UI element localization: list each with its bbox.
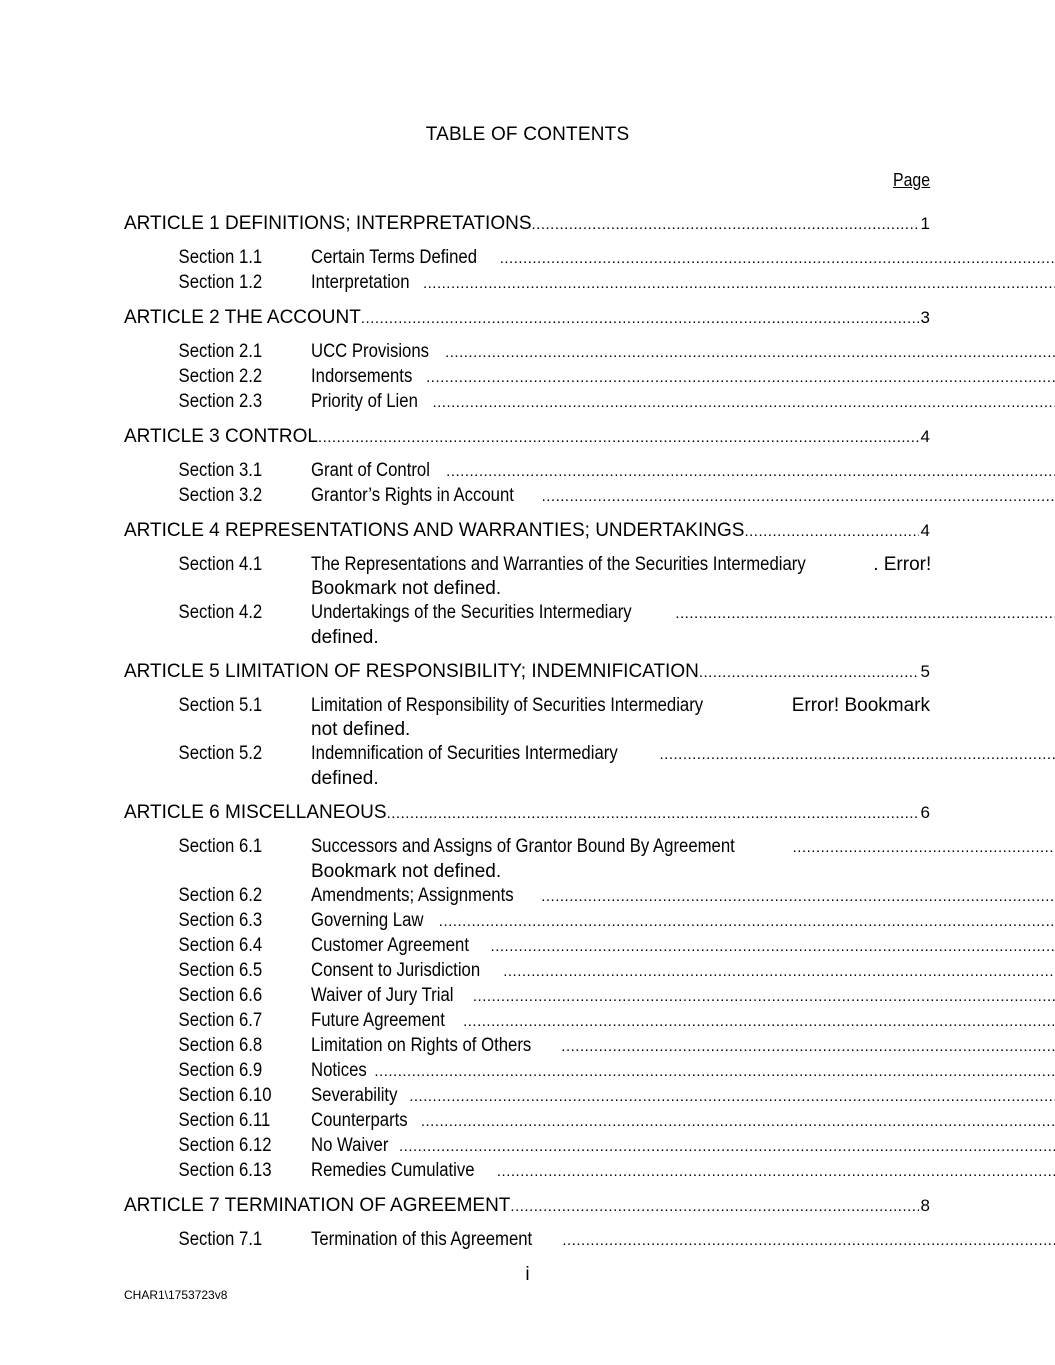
section-body: Grant of ControlError! Bookmark not defi… (311, 459, 1055, 484)
toc-article-entry[interactable]: ARTICLE 7 TERMINATION OF AGREEMENT8 (124, 1194, 930, 1218)
section-line: Successors and Assigns of Grantor Bound … (311, 835, 1055, 860)
section-body: Undertakings of the Securities Intermedi… (311, 601, 1055, 650)
section-body: UCC ProvisionsError! Bookmark not define… (311, 340, 1055, 365)
toc-section-entry[interactable]: Section 6.3Governing LawError! Bookmark … (124, 909, 930, 934)
section-title: Remedies Cumulative (311, 1159, 475, 1183)
section-title: Customer Agreement (311, 934, 469, 958)
section-number: Section 6.13 (124, 1159, 289, 1184)
dot-leader: ........................................… (793, 836, 1055, 860)
toc-section-entry[interactable]: Section 6.2Amendments; AssignmentsError!… (124, 884, 930, 909)
toc-section-entry[interactable]: Section 6.11CounterpartsError! Bookmark … (124, 1109, 930, 1134)
article-page-number: 4 (919, 519, 930, 543)
dot-leader (503, 960, 1055, 984)
article-title: ARTICLE 2 THE ACCOUNT (124, 306, 361, 330)
section-list: Section 3.1Grant of ControlError! Bookma… (124, 459, 930, 509)
section-number: Section 6.7 (124, 1009, 289, 1034)
section-title: Governing Law (311, 909, 423, 933)
toc-section-entry[interactable]: Section 6.9NoticesError! Bookmark not de… (124, 1059, 930, 1084)
section-line: The Representations and Warranties of th… (311, 553, 931, 577)
toc-section-entry[interactable]: Section 6.4Customer AgreementError! Book… (124, 934, 930, 959)
section-title: No Waiver (311, 1134, 388, 1158)
section-number: Section 6.10 (124, 1084, 289, 1109)
section-body: The Representations and Warranties of th… (311, 553, 931, 601)
section-body: IndorsementsError! Bookmark not defined. (311, 365, 1055, 390)
section-page-ref-continued: defined. (311, 767, 1055, 791)
dot-leader (439, 910, 1055, 934)
section-title: Notices (311, 1059, 367, 1083)
dot-leader (399, 1135, 1055, 1159)
section-title: Future Agreement (311, 1009, 445, 1033)
section-body: Governing LawError! Bookmark not defined… (311, 909, 1055, 934)
toc-article-entry[interactable]: ARTICLE 5 LIMITATION OF RESPONSIBILITY; … (124, 660, 930, 684)
section-title: Waiver of Jury Trial (311, 984, 453, 1008)
section-number: Section 6.6 (124, 984, 289, 1009)
section-number: Section 2.1 (124, 340, 289, 365)
section-number: Section 1.2 (124, 271, 289, 296)
section-title: Interpretation (311, 271, 410, 295)
section-number: Section 6.11 (124, 1109, 289, 1134)
section-page-ref-continued: defined. (311, 626, 1055, 650)
section-title: Consent to Jurisdiction (311, 959, 480, 983)
section-number: Section 4.1 (124, 553, 289, 601)
section-body: Termination of this AgreementError! Book… (311, 1228, 1055, 1253)
toc-section-entry[interactable]: Section 6.1Successors and Assigns of Gra… (124, 835, 930, 884)
article-title: ARTICLE 5 LIMITATION OF RESPONSIBILITY; … (124, 660, 699, 684)
section-body: CounterpartsError! Bookmark not defined. (311, 1109, 1055, 1134)
section-number: Section 3.1 (124, 459, 289, 484)
article-page-number: 4 (919, 425, 930, 449)
section-number: Section 6.8 (124, 1034, 289, 1059)
article-page-number: 1 (919, 212, 930, 236)
dot-leader (421, 1110, 1055, 1134)
toc-section-entry[interactable]: Section 6.10SeverabilityError! Bookmark … (124, 1084, 930, 1109)
dot-leader (473, 985, 1055, 1009)
toc-section-entry[interactable]: Section 1.2InterpretationError! Bookmark… (124, 271, 930, 296)
page-number: i (0, 1264, 1055, 1286)
toc-section-entry[interactable]: Section 2.3Priority of LienError! Bookma… (124, 390, 930, 415)
article-title: ARTICLE 1 DEFINITIONS; INTERPRETATIONS (124, 212, 532, 236)
table-of-contents: ARTICLE 1 DEFINITIONS; INTERPRETATIONS1S… (124, 212, 930, 1253)
section-title: Severability (311, 1084, 397, 1108)
article-title: ARTICLE 4 REPRESENTATIONS AND WARRANTIES… (124, 519, 744, 543)
article-title: ARTICLE 3 CONTROL (124, 425, 318, 449)
dot-leader (500, 247, 1055, 271)
section-body: InterpretationError! Bookmark not define… (311, 271, 1055, 296)
section-body: Priority of LienError! Bookmark not defi… (311, 390, 1055, 415)
dot-leader (423, 272, 1055, 296)
section-body: Customer AgreementError! Bookmark not de… (311, 934, 1055, 959)
dot-leader (510, 1195, 918, 1219)
section-title: Certain Terms Defined (311, 246, 477, 270)
section-body: NoticesError! Bookmark not defined. (311, 1059, 1055, 1084)
section-title: Amendments; Assignments (311, 884, 514, 908)
section-title: Limitation on Rights of Others (311, 1034, 531, 1058)
section-number: Section 6.1 (124, 835, 289, 884)
section-body: Successors and Assigns of Grantor Bound … (311, 835, 1055, 884)
toc-section-entry[interactable]: Section 6.13Remedies CumulativeError! Bo… (124, 1159, 930, 1184)
section-list: Section 2.1UCC ProvisionsError! Bookmark… (124, 340, 930, 415)
section-page-ref-continued: Bookmark not defined. (311, 860, 1055, 884)
section-list: Section 4.1The Representations and Warra… (124, 553, 930, 650)
section-number: Section 4.2 (124, 601, 289, 650)
dot-leader (542, 485, 1055, 509)
dot-leader: ........................................… (660, 743, 1055, 767)
section-line: Undertakings of the Securities Intermedi… (311, 601, 1055, 626)
toc-article-entry[interactable]: ARTICLE 3 CONTROL4 (124, 425, 930, 449)
section-page-ref-continued: Bookmark not defined. (311, 577, 931, 601)
toc-section-entry[interactable]: Section 4.1The Representations and Warra… (124, 553, 930, 601)
section-title: Grantor’s Rights in Account (311, 484, 514, 508)
section-number: Section 5.2 (124, 742, 289, 791)
toc-section-entry[interactable]: Section 2.1UCC ProvisionsError! Bookmark… (124, 340, 930, 365)
section-line: Limitation of Responsibility of Securiti… (311, 694, 930, 718)
dot-leader (432, 391, 1055, 415)
toc-section-entry[interactable]: Section 5.1Limitation of Responsibility … (124, 694, 930, 742)
section-number: Section 5.1 (124, 694, 289, 742)
toc-title: TABLE OF CONTENTS (0, 124, 1055, 146)
section-list: Section 5.1Limitation of Responsibility … (124, 694, 930, 791)
section-number: Section 2.2 (124, 365, 289, 390)
section-number: Section 6.4 (124, 934, 289, 959)
dot-leader (541, 885, 1055, 909)
document-id: CHAR1\1753723v8 (124, 1288, 227, 1302)
section-title: Successors and Assigns of Grantor Bound … (311, 835, 735, 859)
section-title: Grant of Control (311, 459, 430, 483)
dot-leader (463, 1010, 1055, 1034)
dot-leader (497, 1160, 1055, 1184)
toc-section-entry[interactable]: Section 3.2Grantor’s Rights in AccountEr… (124, 484, 930, 509)
dot-leader (744, 520, 918, 544)
section-list: Section 1.1Certain Terms DefinedError! B… (124, 246, 930, 296)
section-number: Section 6.12 (124, 1134, 289, 1159)
section-body: Grantor’s Rights in AccountError! Bookma… (311, 484, 1055, 509)
section-body: Amendments; AssignmentsError! Bookmark n… (311, 884, 1055, 909)
section-number: Section 7.1 (124, 1228, 289, 1253)
dot-leader (318, 426, 919, 450)
section-body: Certain Terms DefinedError! Bookmark not… (311, 246, 1055, 271)
section-number: Section 1.1 (124, 246, 289, 271)
article-title: ARTICLE 6 MISCELLANEOUS (124, 801, 387, 825)
article-page-number: 8 (919, 1194, 930, 1218)
toc-section-entry[interactable]: Section 5.2Indemnification of Securities… (124, 742, 930, 791)
section-body: Limitation of Responsibility of Securiti… (311, 694, 930, 742)
dot-leader (409, 1085, 1055, 1109)
section-title: Limitation of Responsibility of Securiti… (311, 694, 703, 718)
dot-leader (361, 307, 919, 331)
dot-leader (561, 1035, 1055, 1059)
article-title: ARTICLE 7 TERMINATION OF AGREEMENT (124, 1194, 510, 1218)
toc-section-entry[interactable]: Section 1.1Certain Terms DefinedError! B… (124, 246, 930, 271)
toc-section-entry[interactable]: Section 7.1Termination of this Agreement… (124, 1228, 930, 1253)
dot-leader (426, 366, 1055, 390)
toc-article-entry[interactable]: ARTICLE 6 MISCELLANEOUS6 (124, 801, 930, 825)
toc-section-entry[interactable]: Section 6.12No WaiverError! Bookmark not… (124, 1134, 930, 1159)
toc-article-entry[interactable]: ARTICLE 4 REPRESENTATIONS AND WARRANTIES… (124, 519, 930, 543)
section-title: Indorsements (311, 365, 412, 389)
dot-leader (491, 935, 1055, 959)
toc-section-entry[interactable]: Section 3.1Grant of ControlError! Bookma… (124, 459, 930, 484)
article-page-number: 3 (919, 306, 930, 330)
dot-leader (445, 341, 1055, 365)
article-page-number: 5 (919, 660, 930, 684)
section-number: Section 6.9 (124, 1059, 289, 1084)
dot-leader (387, 802, 919, 826)
section-title: Termination of this Agreement (311, 1228, 532, 1252)
section-body: Indemnification of Securities Intermedia… (311, 742, 1055, 791)
section-line: Indemnification of Securities Intermedia… (311, 742, 1055, 767)
section-number: Section 6.2 (124, 884, 289, 909)
section-number: Section 6.5 (124, 959, 289, 984)
section-number: Section 6.3 (124, 909, 289, 934)
dot-leader: ........................................… (675, 602, 1055, 626)
section-list: Section 6.1Successors and Assigns of Gra… (124, 835, 930, 1184)
section-number: Section 2.3 (124, 390, 289, 415)
dot-leader (699, 661, 919, 685)
section-body: SeverabilityError! Bookmark not defined. (311, 1084, 1055, 1109)
section-body: Waiver of Jury TrialError! Bookmark not … (311, 984, 1055, 1009)
toc-section-entry[interactable]: Section 2.2IndorsementsError! Bookmark n… (124, 365, 930, 390)
page-column-header: Page (893, 170, 930, 191)
section-title: Priority of Lien (311, 390, 418, 414)
dot-leader (532, 213, 919, 237)
dot-leader (374, 1060, 1055, 1084)
section-body: No WaiverError! Bookmark not defined. (311, 1134, 1055, 1159)
toc-section-entry[interactable]: Section 6.8Limitation on Rights of Other… (124, 1034, 930, 1059)
dot-leader (562, 1229, 1055, 1253)
section-page-ref-continued: not defined. (311, 718, 930, 742)
section-body: Consent to JurisdictionError! Bookmark n… (311, 959, 1055, 984)
section-page-ref: . Error! (873, 553, 931, 577)
section-page-ref: Error! Bookmark (792, 694, 930, 718)
toc-section-entry[interactable]: Section 6.6Waiver of Jury TrialError! Bo… (124, 984, 930, 1009)
section-title: Undertakings of the Securities Intermedi… (311, 601, 632, 625)
section-title: Counterparts (311, 1109, 408, 1133)
section-list: Section 7.1Termination of this Agreement… (124, 1228, 930, 1253)
section-title: Indemnification of Securities Intermedia… (311, 742, 618, 766)
section-title: The Representations and Warranties of th… (311, 553, 806, 577)
section-body: Remedies CumulativeError! Bookmark not d… (311, 1159, 1055, 1184)
section-number: Section 3.2 (124, 484, 289, 509)
toc-article-entry[interactable]: ARTICLE 2 THE ACCOUNT3 (124, 306, 930, 330)
toc-section-entry[interactable]: Section 6.7Future AgreementError! Bookma… (124, 1009, 930, 1034)
toc-section-entry[interactable]: Section 4.2Undertakings of the Securitie… (124, 601, 930, 650)
toc-article-entry[interactable]: ARTICLE 1 DEFINITIONS; INTERPRETATIONS1 (124, 212, 930, 236)
dot-leader (446, 460, 1055, 484)
section-title: UCC Provisions (311, 340, 429, 364)
article-page-number: 6 (919, 801, 930, 825)
toc-section-entry[interactable]: Section 6.5Consent to JurisdictionError!… (124, 959, 930, 984)
section-body: Limitation on Rights of OthersError! Boo… (311, 1034, 1055, 1059)
section-body: Future AgreementError! Bookmark not defi… (311, 1009, 1055, 1034)
